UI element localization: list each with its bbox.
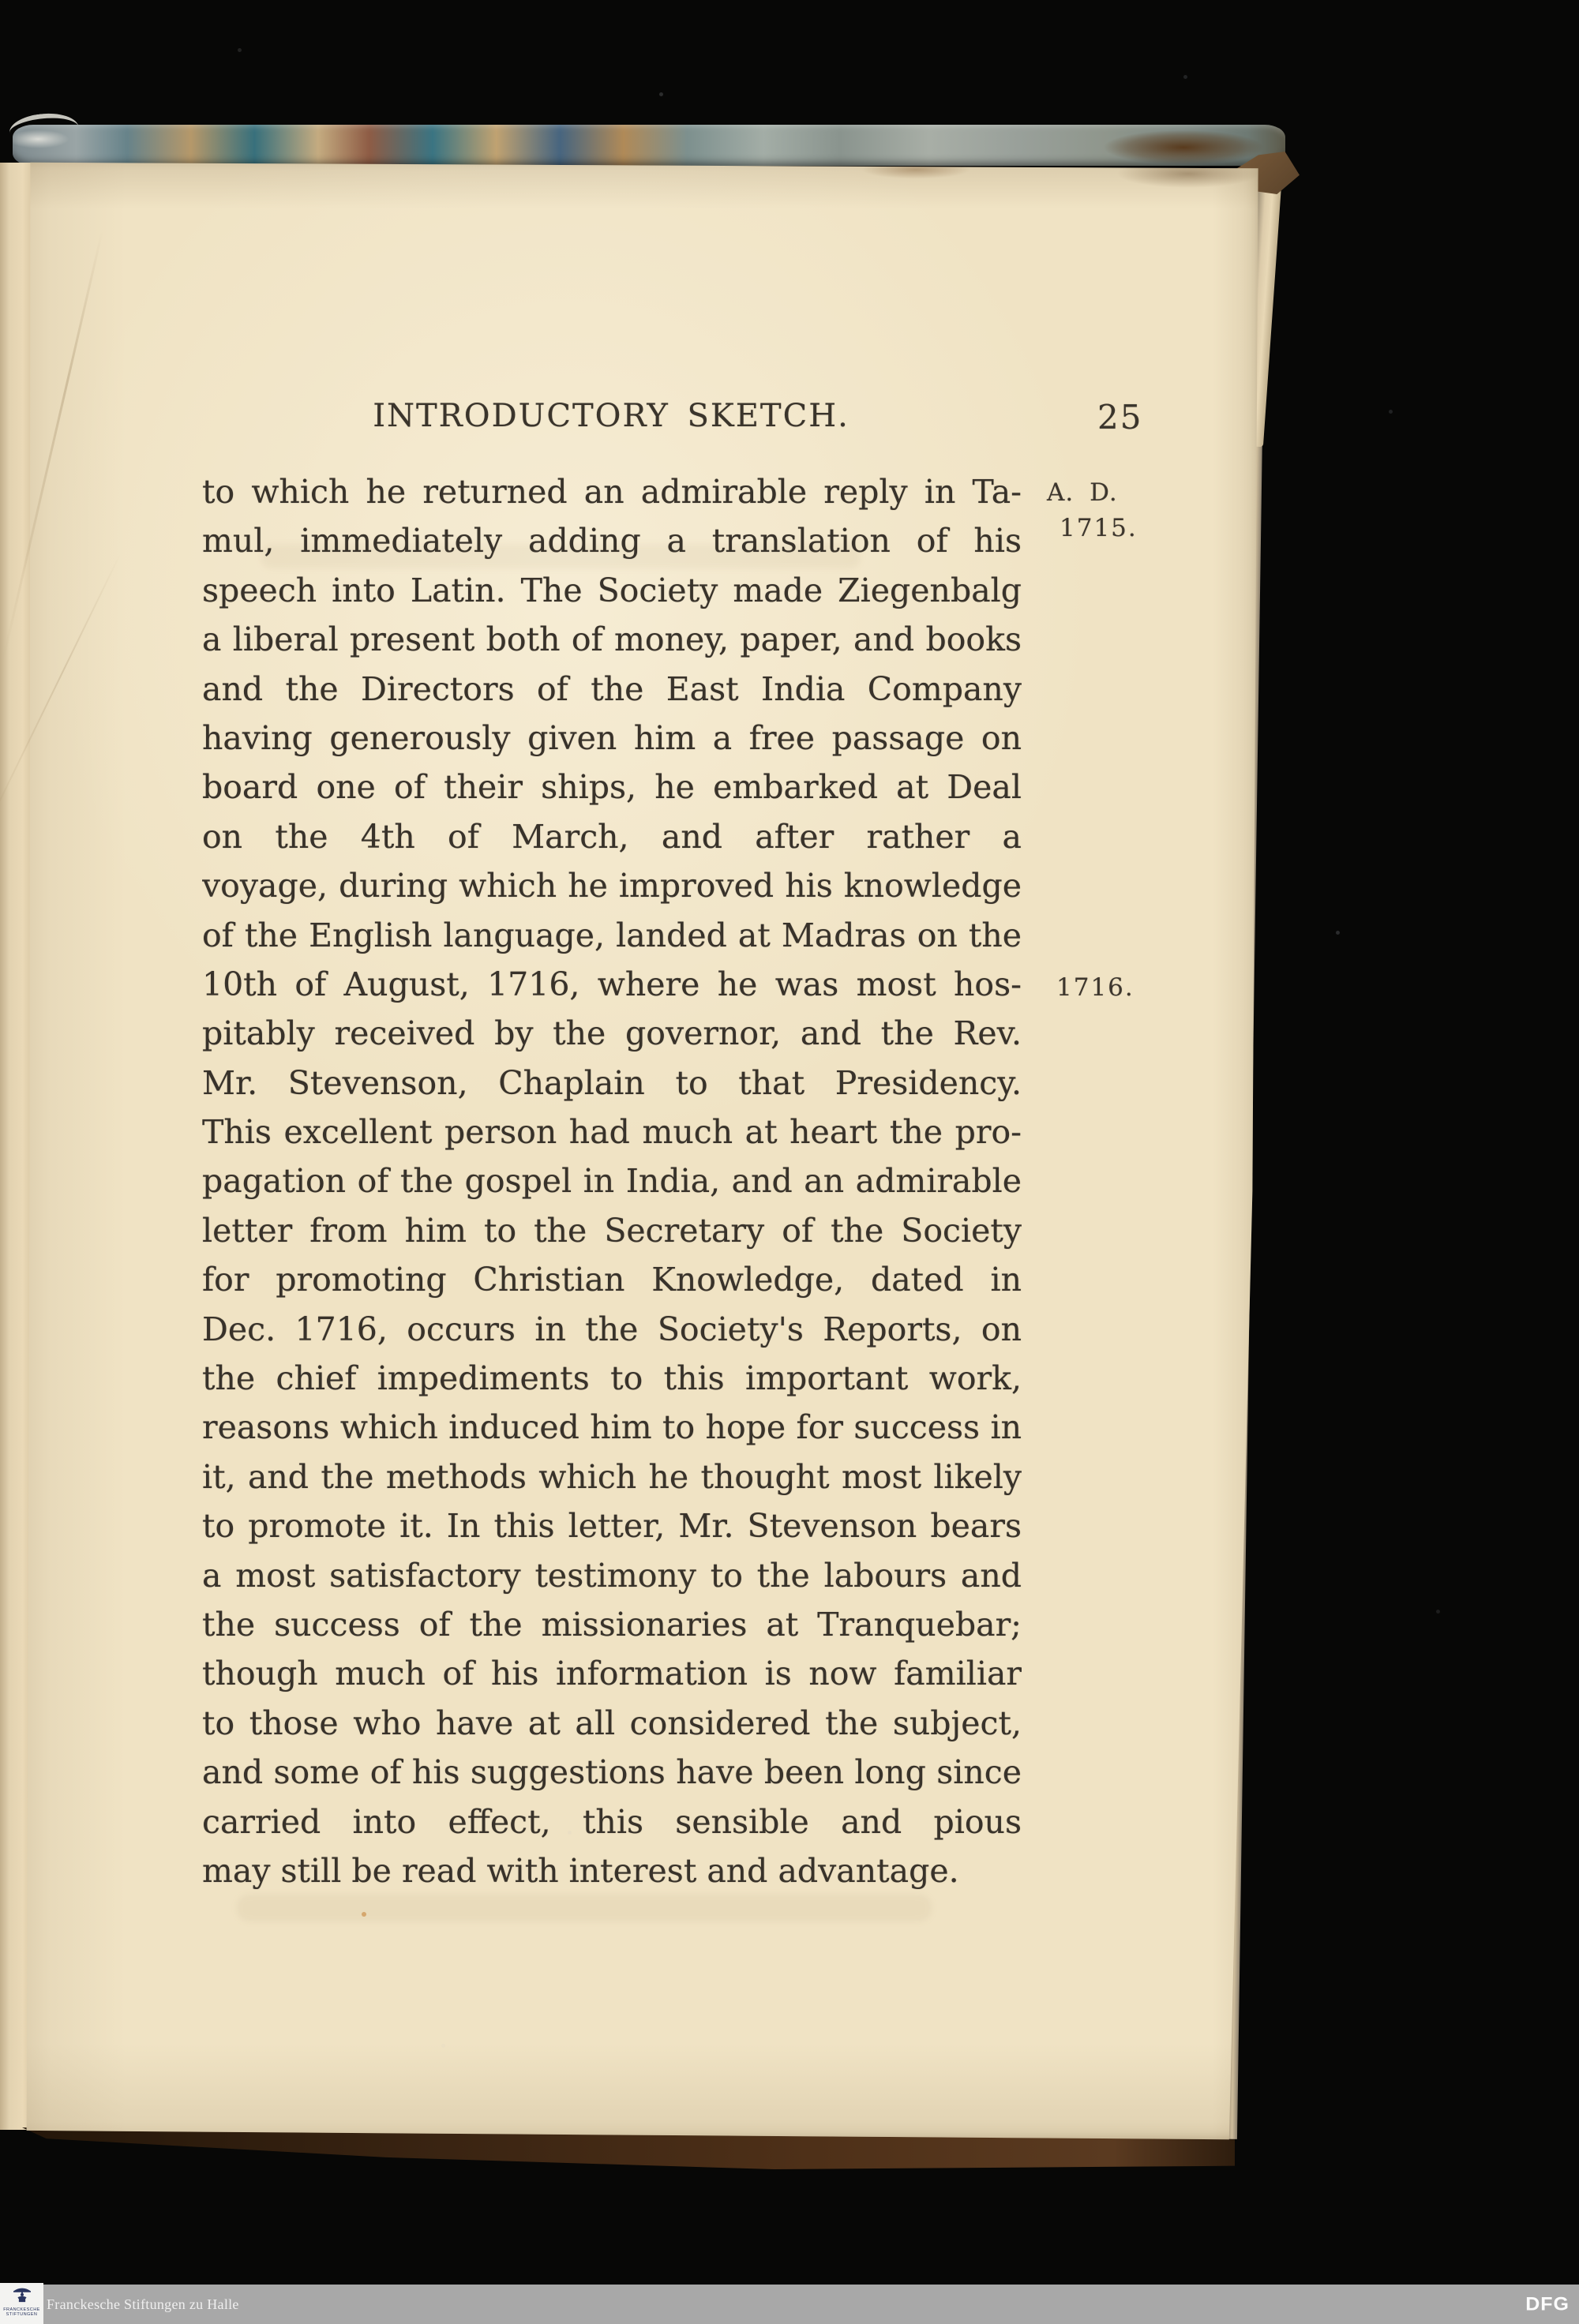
body-line: carried into effect, this sensible and p… [202, 1797, 1022, 1846]
body-line: 10th of August, 1716, where he was most … [202, 960, 1022, 1009]
dust-specks [0, 0, 2, 2]
body-line: having generously given him a free passa… [202, 714, 1022, 763]
body-line: and some of his suggestions have been lo… [202, 1748, 1022, 1797]
body-line: and the Directors of the East India Comp… [202, 665, 1022, 714]
body-line: a most satisfactory testimony to the lab… [202, 1551, 1022, 1600]
body-text-block: to which he returned an admirable reply … [202, 467, 1022, 1895]
margin-note-1716: 1716. [1056, 973, 1135, 1002]
body-line: letter from him to the Secretary of the … [202, 1206, 1022, 1255]
francke-foundation-icon [10, 2285, 34, 2306]
body-line: the chief impediments to this important … [202, 1354, 1022, 1403]
verso-show-through [237, 1895, 932, 1921]
running-header: INTRODUCTORY SKETCH. [202, 398, 1020, 434]
body-line: board one of their ships, he embarked at… [202, 763, 1022, 812]
body-line: This excellent person had much at heart … [202, 1108, 1022, 1156]
body-line: though much of his information is now fa… [202, 1649, 1022, 1698]
dfg-logo: DFG [1525, 2285, 1570, 2323]
body-line: voyage, during which he improved his kno… [202, 861, 1022, 910]
body-line: to promote it. In this letter, Mr. Steve… [202, 1501, 1022, 1550]
body-line: for promoting Christian Knowledge, dated… [202, 1255, 1022, 1304]
scanned-book-page-view: INTRODUCTORY SKETCH. 25 A. D. 1715. 1716… [0, 0, 1579, 2324]
body-line: the success of the missionaries at Tranq… [202, 1600, 1022, 1649]
body-line: of the English language, landed at Madra… [202, 911, 1022, 960]
body-line: a liberal present both of money, paper, … [202, 615, 1022, 664]
margin-note-1715: 1715. [1060, 514, 1138, 542]
marbled-book-top-edge [13, 125, 1285, 166]
body-line: Mr. Stevenson, Chaplain to that Presiden… [202, 1059, 1022, 1108]
margin-note-ad: A. D. [1047, 478, 1118, 507]
body-line: on the 4th of March, and after rather a … [202, 812, 1022, 861]
francke-foundation-logo-box: FRANCKESCHE STIFTUNGEN [0, 2283, 43, 2324]
page-number: 25 [1097, 398, 1142, 437]
body-line: Dec. 1716, occurs in the Society's Repor… [202, 1305, 1022, 1354]
logo-caption-line2: STIFTUNGEN [6, 2312, 38, 2317]
body-line: may still be read with interest and adva… [202, 1846, 1022, 1895]
foxing-spot [362, 1912, 366, 1917]
institution-label: Franckesche Stiftungen zu Halle [47, 2285, 239, 2324]
body-line: reasons which induced him to hope for su… [202, 1403, 1022, 1452]
body-line: to those who have at all considered the … [202, 1699, 1022, 1748]
body-line: mul, immediately adding a translation of… [202, 516, 1022, 565]
body-line: pagation of the gospel in India, and an … [202, 1156, 1022, 1205]
body-line: to which he returned an admirable reply … [202, 467, 1022, 516]
body-line: pitably received by the governor, and th… [202, 1009, 1022, 1058]
body-line: it, and the methods which he thought mos… [202, 1452, 1022, 1501]
body-line: speech into Latin. The Society made Zieg… [202, 566, 1022, 615]
